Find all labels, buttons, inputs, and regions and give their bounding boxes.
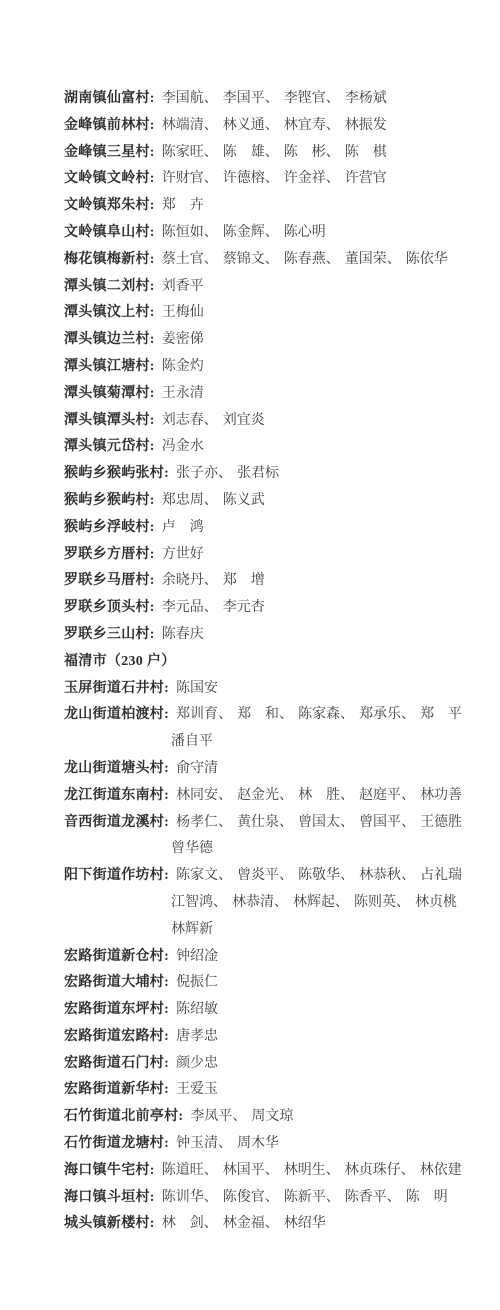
resident-name: 林恭秋 bbox=[359, 868, 401, 883]
village-label: 潭头镇边兰村: bbox=[64, 332, 155, 347]
village-label: 音西街道龙溪村: bbox=[64, 815, 169, 830]
village-label: 海口镇牛宅村: bbox=[64, 1163, 155, 1178]
list-separator: 、 bbox=[265, 1163, 284, 1178]
list-separator: 、 bbox=[204, 118, 223, 133]
entry-row: 潭头镇汶上村:王梅仙 bbox=[64, 300, 464, 327]
list-separator: 、 bbox=[340, 815, 359, 830]
list-separator: 、 bbox=[279, 707, 298, 722]
resident-name: 林依建 bbox=[420, 1163, 462, 1178]
list-separator: 、 bbox=[204, 493, 223, 508]
resident-name: 郑 卉 bbox=[162, 198, 204, 213]
entry-row: 金峰镇前林村:林端清、林义通、林宜寿、林振发 bbox=[64, 113, 464, 140]
resident-names: 陈恒如、陈金辉、陈心明 bbox=[162, 225, 326, 240]
list-separator: 、 bbox=[218, 707, 237, 722]
list-separator: 、 bbox=[204, 252, 223, 267]
entry-row: 潭头镇边兰村:姜密俤 bbox=[64, 327, 464, 354]
entry-row: 猴屿乡浮岐村:卢 鸿 bbox=[64, 515, 464, 542]
village-label: 金峰镇前林村: bbox=[64, 118, 155, 133]
list-separator: 、 bbox=[340, 868, 359, 883]
list-separator: 、 bbox=[387, 252, 406, 267]
resident-names: 江智鸿、林恭清、林辉起、陈则英、林贞桃 bbox=[171, 895, 457, 910]
resident-name: 郑 平 bbox=[420, 707, 462, 722]
resident-name: 陈 雄 bbox=[223, 145, 265, 160]
resident-name: 林贞桃 bbox=[415, 895, 457, 910]
entry-row: 罗联乡三山村:陈春庆 bbox=[64, 622, 464, 649]
village-label: 罗联乡顶头村: bbox=[64, 600, 155, 615]
entry-row: 城头镇新楼村:林 剑、林金福、林绍华 bbox=[64, 1211, 464, 1238]
list-separator: 、 bbox=[335, 895, 354, 910]
resident-name: 唐孝忠 bbox=[176, 1029, 218, 1044]
resident-name: 陈金辉 bbox=[223, 225, 265, 240]
resident-name: 卢 鸿 bbox=[162, 520, 204, 535]
resident-name: 方世好 bbox=[162, 547, 204, 562]
list-separator: 、 bbox=[401, 815, 420, 830]
resident-name: 陈绍敏 bbox=[176, 1002, 218, 1017]
resident-name: 杨孝仁 bbox=[176, 815, 218, 830]
entry-row: 文岭镇文岭村:许财官、许德榕、许金祥、许营官 bbox=[64, 166, 464, 193]
entry-row: 金峰镇三星村:陈家旺、陈 雄、陈 彬、陈 棋 bbox=[64, 140, 464, 167]
resident-name: 周文琼 bbox=[251, 1109, 293, 1124]
village-label: 潭头镇潭头村: bbox=[64, 413, 155, 428]
resident-names: 陈家文、曾炎平、陈敬华、林恭秋、占礼瑞 bbox=[176, 868, 462, 883]
list-separator: 、 bbox=[326, 91, 345, 106]
resident-names: 倪振仁 bbox=[176, 975, 218, 990]
village-label: 石竹街道龙塘村: bbox=[64, 1136, 169, 1151]
resident-name: 林同安 bbox=[176, 788, 218, 803]
resident-names: 钟玉清、周木华 bbox=[176, 1136, 279, 1151]
resident-name: 曾国平 bbox=[359, 815, 401, 830]
resident-name: 李元杏 bbox=[223, 600, 265, 615]
village-label: 罗联乡三山村: bbox=[64, 627, 155, 642]
list-separator: 、 bbox=[265, 171, 284, 186]
resident-name: 陈春庆 bbox=[162, 627, 204, 642]
resident-name: 林宜寿 bbox=[284, 118, 326, 133]
resident-names: 王爱玉 bbox=[176, 1082, 218, 1097]
list-separator: 、 bbox=[326, 252, 345, 267]
list-separator: 、 bbox=[204, 573, 223, 588]
resident-name: 张君标 bbox=[237, 466, 279, 481]
city-heading-row: 福清市（230 户） bbox=[64, 649, 464, 676]
village-label: 宏路街道大埔村: bbox=[64, 975, 169, 990]
village-label: 宏路街道宏路村: bbox=[64, 1029, 169, 1044]
resident-name: 林国平 bbox=[223, 1163, 265, 1178]
list-separator: 、 bbox=[401, 788, 420, 803]
resident-name: 林 剑 bbox=[162, 1216, 204, 1231]
resident-name: 姜密俤 bbox=[162, 332, 204, 347]
list-separator: 、 bbox=[396, 895, 415, 910]
resident-names: 冯金水 bbox=[162, 439, 204, 454]
list-separator: 、 bbox=[218, 788, 237, 803]
resident-name: 陈新平 bbox=[284, 1190, 326, 1205]
resident-name: 李元品 bbox=[162, 600, 204, 615]
entry-row: 罗联乡马厝村:余晓丹、郑 增 bbox=[64, 568, 464, 595]
resident-names: 蔡土官、蔡锦文、陈春燕、董国荣、陈依华 bbox=[162, 252, 448, 267]
list-separator: 、 bbox=[204, 1216, 223, 1231]
entry-row: 玉屏街道石井村:陈国安 bbox=[64, 676, 464, 703]
resident-name: 林绍华 bbox=[284, 1216, 326, 1231]
list-separator: 、 bbox=[204, 145, 223, 160]
list-separator: 、 bbox=[204, 413, 223, 428]
village-label: 文岭镇阜山村: bbox=[64, 225, 155, 240]
entry-row: 龙山街道柏渡村:郑训育、郑 和、陈家森、郑承乐、郑 平 bbox=[64, 702, 464, 729]
entry-row: 宏路街道东坪村:陈绍敏 bbox=[64, 997, 464, 1024]
village-label: 罗联乡马厝村: bbox=[64, 573, 155, 588]
village-label: 罗联乡方厝村: bbox=[64, 547, 155, 562]
city-heading-label: 福清市（230 户） bbox=[64, 654, 176, 669]
resident-name: 钟玉清 bbox=[176, 1136, 218, 1151]
list-separator: 、 bbox=[340, 788, 359, 803]
resident-names: 刘香平 bbox=[162, 279, 204, 294]
resident-name: 陈家旺 bbox=[162, 145, 204, 160]
list-separator: 、 bbox=[326, 171, 345, 186]
resident-names: 郑忠周、陈义武 bbox=[162, 493, 265, 508]
resident-name: 陈家森 bbox=[298, 707, 340, 722]
list-separator: 、 bbox=[204, 171, 223, 186]
entry-row: 海口镇牛宅村:陈道旺、林国平、林明生、林贞珠仔、林依建 bbox=[64, 1158, 464, 1185]
list-separator: 、 bbox=[218, 1136, 237, 1151]
resident-names: 余晓丹、郑 增 bbox=[162, 573, 265, 588]
resident-name: 刘宜炎 bbox=[223, 413, 265, 428]
resident-names: 林同安、赵金光、林 胜、赵庭平、林功善 bbox=[176, 788, 462, 803]
entry-row: 梅花镇梅新村:蔡土官、蔡锦文、陈春燕、董国荣、陈依华 bbox=[64, 247, 464, 274]
entry-row: 曾华德 bbox=[64, 836, 464, 863]
village-label: 文岭镇文岭村: bbox=[64, 171, 155, 186]
resident-name: 潘自平 bbox=[171, 734, 213, 749]
list-separator: 、 bbox=[279, 868, 298, 883]
resident-name: 陈国安 bbox=[176, 681, 218, 696]
resident-names: 颜少忠 bbox=[176, 1056, 218, 1071]
resident-name: 倪振仁 bbox=[176, 975, 218, 990]
resident-name: 许营官 bbox=[345, 171, 387, 186]
resident-name: 陈家文 bbox=[176, 868, 218, 883]
village-label: 城头镇新楼村: bbox=[64, 1216, 155, 1231]
resident-name: 赵庭平 bbox=[359, 788, 401, 803]
list-separator: 、 bbox=[213, 895, 232, 910]
village-label: 潭头镇元岱村: bbox=[64, 439, 155, 454]
resident-name: 陈义武 bbox=[223, 493, 265, 508]
resident-names: 张子亦、张君标 bbox=[176, 466, 279, 481]
entry-row: 潭头镇二刘村:刘香平 bbox=[64, 274, 464, 301]
entry-row: 潭头镇菊潭村:王永清 bbox=[64, 381, 464, 408]
resident-name: 赵金光 bbox=[237, 788, 279, 803]
list-separator: 、 bbox=[204, 1190, 223, 1205]
entry-row: 文岭镇郑朱村:郑 卉 bbox=[64, 193, 464, 220]
resident-name: 俞守清 bbox=[176, 761, 218, 776]
resident-name: 郑忠周 bbox=[162, 493, 204, 508]
resident-name: 江智鸿 bbox=[171, 895, 213, 910]
resident-name: 李杨斌 bbox=[345, 91, 387, 106]
document-page: 湖南镇仙富村:李国航、李国平、李铿官、李杨斌金峰镇前林村:林端清、林义通、林宜寿… bbox=[0, 0, 500, 1310]
resident-names: 林 剑、林金福、林绍华 bbox=[162, 1216, 326, 1231]
resident-names: 陈绍敏 bbox=[176, 1002, 218, 1017]
resident-name: 郑训育 bbox=[176, 707, 218, 722]
resident-name: 许德榕 bbox=[223, 171, 265, 186]
resident-name: 陈训华 bbox=[162, 1190, 204, 1205]
list-separator: 、 bbox=[401, 868, 420, 883]
entry-row: 宏路街道新华村:王爱玉 bbox=[64, 1077, 464, 1104]
list-separator: 、 bbox=[265, 1216, 284, 1231]
resident-name: 陈恒如 bbox=[162, 225, 204, 240]
resident-name: 王永清 bbox=[162, 386, 204, 401]
list-separator: 、 bbox=[326, 145, 345, 160]
resident-name: 陈俊官 bbox=[223, 1190, 265, 1205]
list-separator: 、 bbox=[326, 1163, 345, 1178]
list-separator: 、 bbox=[204, 225, 223, 240]
resident-name: 郑承乐 bbox=[359, 707, 401, 722]
village-label: 龙山街道塘头村: bbox=[64, 761, 169, 776]
resident-name: 黄仕泉 bbox=[237, 815, 279, 830]
resident-name: 林恭清 bbox=[232, 895, 274, 910]
resident-names: 王梅仙 bbox=[162, 305, 204, 320]
village-label: 湖南镇仙富村: bbox=[64, 91, 155, 106]
entry-row: 宏路街道石门村:颜少忠 bbox=[64, 1051, 464, 1078]
resident-name: 李国平 bbox=[223, 91, 265, 106]
resident-name: 王梅仙 bbox=[162, 305, 204, 320]
resident-name: 林辉新 bbox=[171, 922, 213, 937]
resident-name: 曾华德 bbox=[171, 841, 213, 856]
entry-row: 宏路街道宏路村:唐孝忠 bbox=[64, 1024, 464, 1051]
resident-names: 郑 卉 bbox=[162, 198, 204, 213]
village-label: 龙山街道柏渡村: bbox=[64, 707, 169, 722]
village-label: 猴屿乡猴屿村: bbox=[64, 493, 155, 508]
village-label: 宏路街道新仓村: bbox=[64, 949, 169, 964]
entry-row: 龙江街道东南村:林同安、赵金光、林 胜、赵庭平、林功善 bbox=[64, 783, 464, 810]
resident-names: 李凤平、周文琼 bbox=[190, 1109, 293, 1124]
village-label: 文岭镇郑朱村: bbox=[64, 198, 155, 213]
entry-row: 潘自平 bbox=[64, 729, 464, 756]
list-separator: 、 bbox=[265, 145, 284, 160]
resident-name: 林端清 bbox=[162, 118, 204, 133]
entry-row: 石竹街道龙塘村:钟玉清、周木华 bbox=[64, 1131, 464, 1158]
list-separator: 、 bbox=[204, 91, 223, 106]
resident-name: 占礼瑞 bbox=[420, 868, 462, 883]
resident-name: 陈依华 bbox=[406, 252, 448, 267]
village-label: 猴屿乡浮岐村: bbox=[64, 520, 155, 535]
beneficiary-list: 湖南镇仙富村:李国航、李国平、李铿官、李杨斌金峰镇前林村:林端清、林义通、林宜寿… bbox=[64, 86, 464, 1238]
list-separator: 、 bbox=[401, 1163, 420, 1178]
resident-name: 李国航 bbox=[162, 91, 204, 106]
village-label: 梅花镇梅新村: bbox=[64, 252, 155, 267]
resident-name: 陈 彬 bbox=[284, 145, 326, 160]
resident-names: 钟绍凎 bbox=[176, 949, 218, 964]
list-separator: 、 bbox=[279, 815, 298, 830]
resident-name: 张子亦 bbox=[176, 466, 218, 481]
entry-row: 龙山街道塘头村:俞守清 bbox=[64, 756, 464, 783]
resident-names: 陈金灼 bbox=[162, 359, 204, 374]
village-label: 宏路街道新华村: bbox=[64, 1082, 169, 1097]
list-separator: 、 bbox=[218, 868, 237, 883]
entry-row: 潭头镇江塘村:陈金灼 bbox=[64, 354, 464, 381]
village-label: 潭头镇二刘村: bbox=[64, 279, 155, 294]
resident-name: 王德胜 bbox=[420, 815, 462, 830]
resident-name: 林辉起 bbox=[293, 895, 335, 910]
resident-name: 陈心明 bbox=[284, 225, 326, 240]
resident-name: 林振发 bbox=[345, 118, 387, 133]
entry-row: 宏路街道新仓村:钟绍凎 bbox=[64, 944, 464, 971]
village-label: 龙江街道东南村: bbox=[64, 788, 169, 803]
resident-name: 林功善 bbox=[420, 788, 462, 803]
resident-name: 周木华 bbox=[237, 1136, 279, 1151]
entry-row: 猴屿乡猴屿张村:张子亦、张君标 bbox=[64, 461, 464, 488]
entry-row: 林辉新 bbox=[64, 917, 464, 944]
resident-names: 王永清 bbox=[162, 386, 204, 401]
resident-names: 唐孝忠 bbox=[176, 1029, 218, 1044]
list-separator: 、 bbox=[265, 91, 284, 106]
resident-name: 许财官 bbox=[162, 171, 204, 186]
village-label: 猴屿乡猴屿张村: bbox=[64, 466, 169, 481]
list-separator: 、 bbox=[265, 1190, 284, 1205]
resident-name: 林义通 bbox=[223, 118, 265, 133]
resident-names: 杨孝仁、黄仕泉、曾国太、曾国平、王德胜 bbox=[176, 815, 462, 830]
village-label: 宏路街道石门村: bbox=[64, 1056, 169, 1071]
resident-names: 林辉新 bbox=[171, 922, 213, 937]
resident-names: 潘自平 bbox=[171, 734, 213, 749]
resident-names: 李国航、李国平、李铿官、李杨斌 bbox=[162, 91, 387, 106]
list-separator: 、 bbox=[340, 707, 359, 722]
resident-name: 陈道旺 bbox=[162, 1163, 204, 1178]
village-label: 潭头镇汶上村: bbox=[64, 305, 155, 320]
list-separator: 、 bbox=[265, 118, 284, 133]
resident-name: 刘志春 bbox=[162, 413, 204, 428]
resident-name: 陈 明 bbox=[406, 1190, 448, 1205]
resident-names: 刘志春、刘宜炎 bbox=[162, 413, 265, 428]
resident-name: 林 胜 bbox=[298, 788, 340, 803]
village-label: 宏路街道东坪村: bbox=[64, 1002, 169, 1017]
entry-row: 宏路街道大埔村:倪振仁 bbox=[64, 970, 464, 997]
entry-row: 阳下街道作坊村:陈家文、曾炎平、陈敬华、林恭秋、占礼瑞 bbox=[64, 863, 464, 890]
resident-names: 李元品、李元杏 bbox=[162, 600, 265, 615]
resident-names: 陈训华、陈俊官、陈新平、陈香平、陈 明 bbox=[162, 1190, 448, 1205]
resident-name: 董国荣 bbox=[345, 252, 387, 267]
list-separator: 、 bbox=[279, 788, 298, 803]
resident-name: 冯金水 bbox=[162, 439, 204, 454]
resident-name: 李凤平 bbox=[190, 1109, 232, 1124]
resident-name: 陈金灼 bbox=[162, 359, 204, 374]
resident-name: 钟绍凎 bbox=[176, 949, 218, 964]
village-label: 潭头镇江塘村: bbox=[64, 359, 155, 374]
list-separator: 、 bbox=[274, 895, 293, 910]
village-label: 阳下街道作坊村: bbox=[64, 868, 169, 883]
resident-name: 陈春燕 bbox=[284, 252, 326, 267]
resident-name: 王爱玉 bbox=[176, 1082, 218, 1097]
list-separator: 、 bbox=[204, 600, 223, 615]
village-label: 石竹街道北前亭村: bbox=[64, 1109, 183, 1124]
resident-name: 曾国太 bbox=[298, 815, 340, 830]
resident-name: 蔡锦文 bbox=[223, 252, 265, 267]
resident-names: 陈家旺、陈 雄、陈 彬、陈 棋 bbox=[162, 145, 387, 160]
resident-names: 姜密俤 bbox=[162, 332, 204, 347]
list-separator: 、 bbox=[326, 1190, 345, 1205]
resident-name: 陈香平 bbox=[345, 1190, 387, 1205]
list-separator: 、 bbox=[204, 1163, 223, 1178]
resident-names: 林端清、林义通、林宜寿、林振发 bbox=[162, 118, 387, 133]
village-label: 海口镇斗垣村: bbox=[64, 1190, 155, 1205]
entry-row: 江智鸿、林恭清、林辉起、陈则英、林贞桃 bbox=[64, 890, 464, 917]
entry-row: 湖南镇仙富村:李国航、李国平、李铿官、李杨斌 bbox=[64, 86, 464, 113]
resident-name: 陈则英 bbox=[354, 895, 396, 910]
entry-row: 潭头镇元岱村:冯金水 bbox=[64, 434, 464, 461]
resident-name: 刘香平 bbox=[162, 279, 204, 294]
entry-row: 潭头镇潭头村:刘志春、刘宜炎 bbox=[64, 408, 464, 435]
list-separator: 、 bbox=[232, 1109, 251, 1124]
resident-name: 林金福 bbox=[223, 1216, 265, 1231]
list-separator: 、 bbox=[265, 252, 284, 267]
entry-row: 猴屿乡猴屿村:郑忠周、陈义武 bbox=[64, 488, 464, 515]
resident-names: 陈国安 bbox=[176, 681, 218, 696]
resident-names: 郑训育、郑 和、陈家森、郑承乐、郑 平 bbox=[176, 707, 462, 722]
village-label: 玉屏街道石井村: bbox=[64, 681, 169, 696]
resident-names: 俞守清 bbox=[176, 761, 218, 776]
village-label: 金峰镇三星村: bbox=[64, 145, 155, 160]
resident-name: 曾炎平 bbox=[237, 868, 279, 883]
resident-names: 卢 鸿 bbox=[162, 520, 204, 535]
entry-row: 罗联乡顶头村:李元品、李元杏 bbox=[64, 595, 464, 622]
entry-row: 文岭镇阜山村:陈恒如、陈金辉、陈心明 bbox=[64, 220, 464, 247]
resident-names: 许财官、许德榕、许金祥、许营官 bbox=[162, 171, 387, 186]
resident-name: 林贞珠仔 bbox=[345, 1163, 401, 1178]
village-label: 潭头镇菊潭村: bbox=[64, 386, 155, 401]
list-separator: 、 bbox=[218, 815, 237, 830]
list-separator: 、 bbox=[401, 707, 420, 722]
entry-row: 海口镇斗垣村:陈训华、陈俊官、陈新平、陈香平、陈 明 bbox=[64, 1185, 464, 1212]
resident-name: 许金祥 bbox=[284, 171, 326, 186]
resident-name: 郑 和 bbox=[237, 707, 279, 722]
resident-names: 曾华德 bbox=[171, 841, 213, 856]
resident-name: 余晓丹 bbox=[162, 573, 204, 588]
resident-name: 林明生 bbox=[284, 1163, 326, 1178]
list-separator: 、 bbox=[218, 466, 237, 481]
resident-name: 颜少忠 bbox=[176, 1056, 218, 1071]
resident-name: 蔡土官 bbox=[162, 252, 204, 267]
list-separator: 、 bbox=[265, 225, 284, 240]
list-separator: 、 bbox=[387, 1190, 406, 1205]
resident-name: 陈敬华 bbox=[298, 868, 340, 883]
list-separator: 、 bbox=[326, 118, 345, 133]
entry-row: 罗联乡方厝村:方世好 bbox=[64, 542, 464, 569]
resident-name: 李铿官 bbox=[284, 91, 326, 106]
resident-names: 方世好 bbox=[162, 547, 204, 562]
resident-names: 陈春庆 bbox=[162, 627, 204, 642]
entry-row: 音西街道龙溪村:杨孝仁、黄仕泉、曾国太、曾国平、王德胜 bbox=[64, 810, 464, 837]
resident-name: 郑 增 bbox=[223, 573, 265, 588]
entry-row: 石竹街道北前亭村:李凤平、周文琼 bbox=[64, 1104, 464, 1131]
resident-name: 陈 棋 bbox=[345, 145, 387, 160]
resident-names: 陈道旺、林国平、林明生、林贞珠仔、林依建 bbox=[162, 1163, 462, 1178]
